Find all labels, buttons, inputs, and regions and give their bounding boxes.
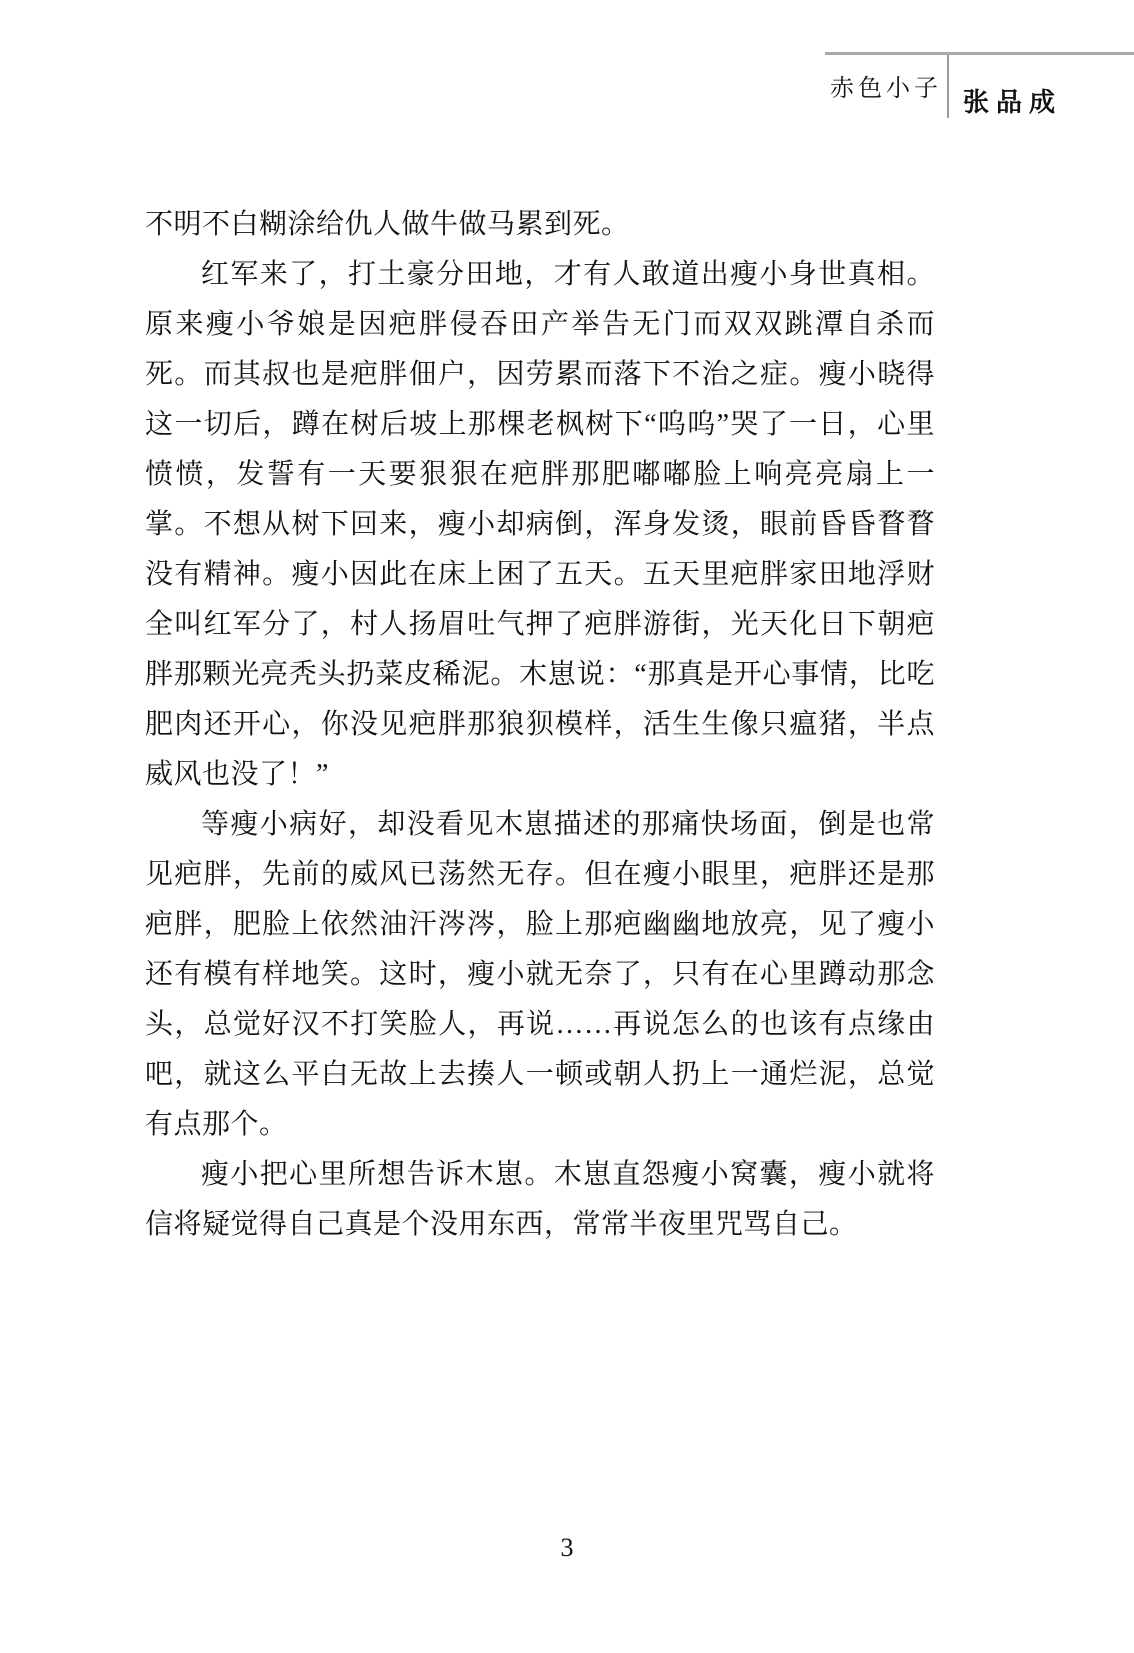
book-title: 赤色小子 [830,68,942,103]
paragraph: 等瘦小病好，却没看见木崽描述的那痛快场面，倒是也常见疤胖，先前的威风已荡然无存。… [145,800,935,1150]
book-page: 赤色小子 张品成 不明不白糊涂给仇人做牛做马累到死。 红军来了，打土豪分田地，才… [0,0,1134,1653]
page-number: 3 [0,1533,1134,1563]
author-name: 张品成 [963,82,1062,119]
paragraph: 红军来了，打土豪分田地，才有人敢道出瘦小身世真相。原来瘦小爷娘是因疤胖侵吞田产举… [145,250,935,800]
header-rule [825,52,1134,55]
paragraph: 瘦小把心里所想告诉木崽。木崽直怨瘦小窝囊，瘦小就将信将疑觉得自己真是个没用东西，… [145,1150,935,1250]
body-text: 不明不白糊涂给仇人做牛做马累到死。 红军来了，打土豪分田地，才有人敢道出瘦小身世… [145,200,935,1250]
header-divider [947,55,949,118]
paragraph-continuation: 不明不白糊涂给仇人做牛做马累到死。 [145,200,935,250]
page-header: 赤色小子 张品成 [825,52,1134,124]
